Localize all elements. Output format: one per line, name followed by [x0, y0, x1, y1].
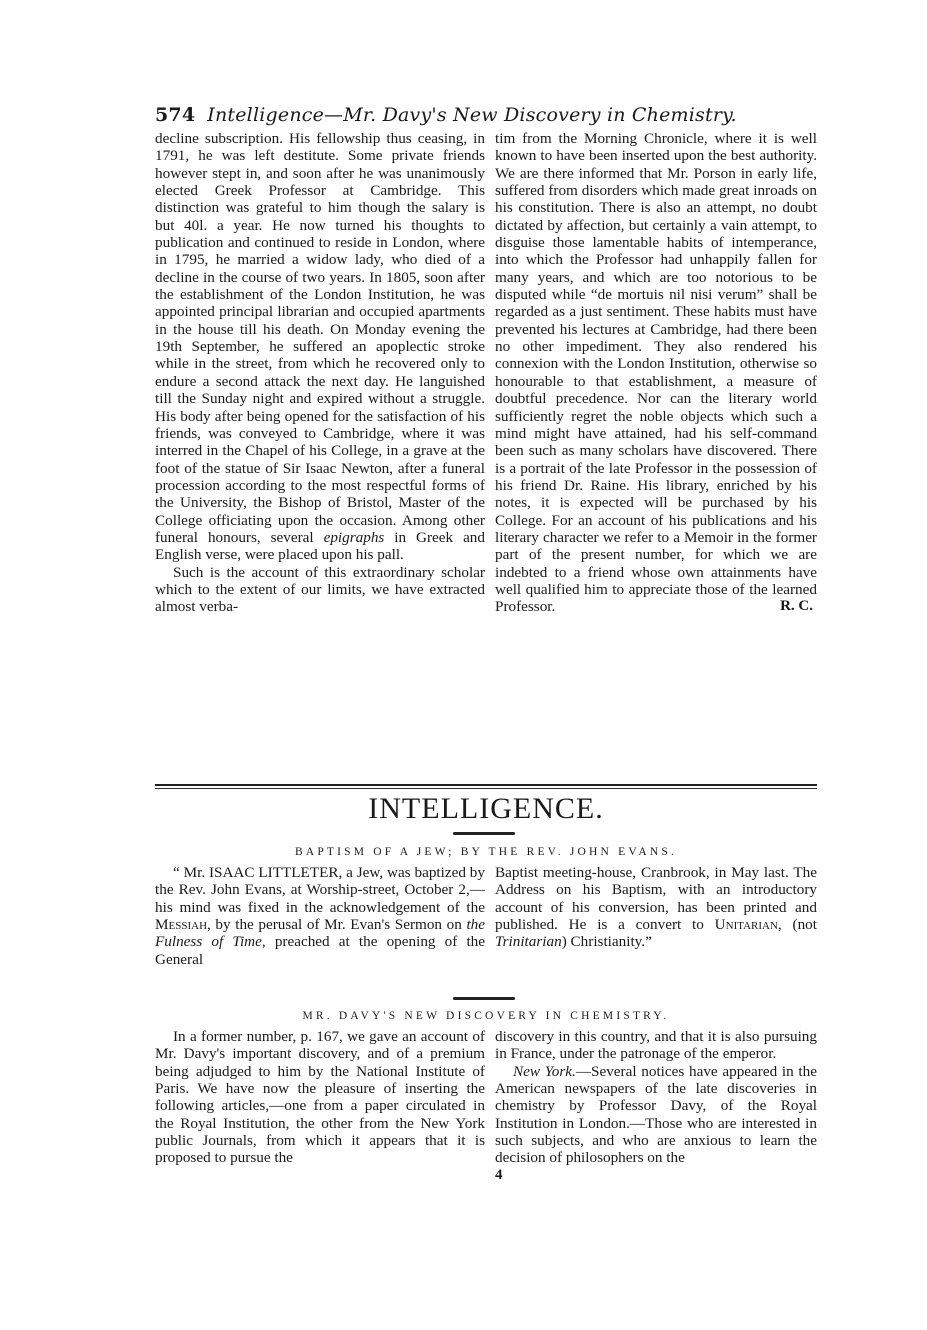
baptism-article: “ Mr. ISAAC LITTLETER, a Jew, was baptiz…: [155, 864, 817, 968]
section-title: INTELLIGENCE.: [155, 792, 817, 826]
paragraph: “ Mr. ISAAC LITTLETER, a Jew, was baptiz…: [155, 864, 485, 968]
running-head: 574Intelligence—Mr. Davy's New Discovery…: [155, 104, 817, 130]
porson-right-column: tim from the Morning Chronicle, where it…: [495, 130, 817, 616]
ornament-rule: [453, 832, 515, 835]
signature: R. C.: [780, 598, 813, 615]
porson-left-column: decline subscription. His fellowship thu…: [155, 130, 485, 616]
davy-heading: MR. DAVY'S NEW DISCOVERY IN CHEMISTRY.: [155, 1010, 817, 1022]
paragraph: discovery in this country, and that it i…: [495, 1028, 817, 1063]
paragraph: In a former number, p. 167, we gave an a…: [155, 1028, 485, 1167]
paragraph: Baptist meeting-house, Cranbrook, in May…: [495, 864, 817, 951]
section-divider-thin: [155, 788, 817, 789]
page-number: 574: [155, 104, 195, 126]
paragraph: tim from the Morning Chronicle, where it…: [495, 130, 817, 616]
baptism-heading: BAPTISM OF A JEW; BY THE REV. JOHN EVANS…: [155, 846, 817, 858]
davy-right-column: discovery in this country, and that it i…: [495, 1028, 817, 1184]
davy-article: In a former number, p. 167, we gave an a…: [155, 1028, 817, 1184]
signature-mark: 4: [495, 1167, 817, 1184]
porson-article: decline subscription. His fellowship thu…: [155, 130, 817, 616]
paragraph: Such is the account of this extraordinar…: [155, 564, 485, 616]
ornament-rule: [453, 997, 515, 1000]
baptism-left-column: “ Mr. ISAAC LITTLETER, a Jew, was baptiz…: [155, 864, 485, 968]
paragraph: decline subscription. His fellowship thu…: [155, 130, 485, 564]
paragraph: New York.—Several notices have appeared …: [495, 1063, 817, 1167]
davy-left-column: In a former number, p. 167, we gave an a…: [155, 1028, 485, 1184]
running-title: Intelligence—Mr. Davy's New Discovery in…: [207, 104, 736, 126]
baptism-right-column: Baptist meeting-house, Cranbrook, in May…: [495, 864, 817, 968]
document-page: 574Intelligence—Mr. Davy's New Discovery…: [155, 104, 817, 616]
section-divider: [155, 784, 817, 786]
